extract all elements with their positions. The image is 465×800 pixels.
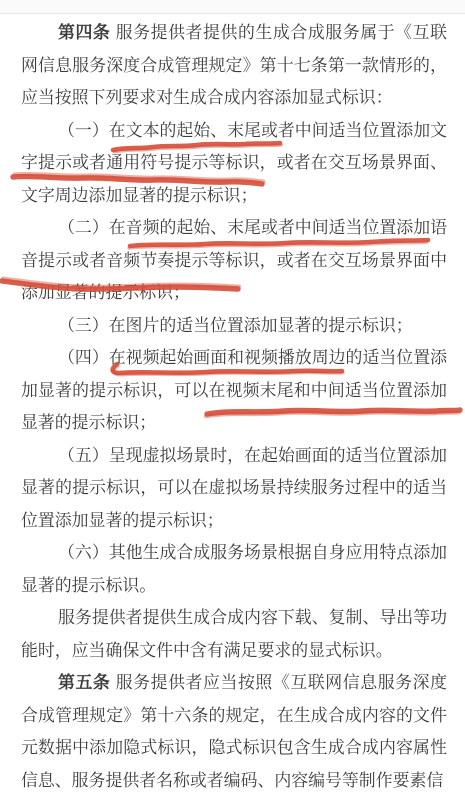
- document-page: 第四条 服务提供者提供的生成合成服务属于《互联网信息服务深度合成管理规定》第十七…: [0, 0, 465, 800]
- paragraph-text: （一）在文本的起始、末尾或者中间适当位置添加文字提示或者通用符号提示等标识，或者…: [21, 121, 447, 205]
- document-text-area[interactable]: 第四条 服务提供者提供的生成合成服务属于《互联网信息服务深度合成管理规定》第十七…: [0, 0, 465, 800]
- para-download-clause: 服务提供者提供生成合成内容下载、复制、导出等功能时，应当确保文件中含有满足要求的…: [21, 602, 447, 667]
- paragraph-text: （六）其他生成合成服务场景根据自身应用特点添加显著的提示标识。: [21, 543, 447, 595]
- para-item-4-video: （四）在视频起始画面和视频播放周边的适当位置添加显著的提示标识，可以在视频末尾和…: [21, 342, 447, 440]
- para-item-2-audio: （二）在音频的起始、末尾或者中间适当位置添加语音提示或者音频节奏提示等标识，或者…: [21, 212, 447, 310]
- para-item-6-other: （六）其他生成合成服务场景根据自身应用特点添加显著的提示标识。: [21, 537, 447, 602]
- para-article-4: 第四条 服务提供者提供的生成合成服务属于《互联网信息服务深度合成管理规定》第十七…: [21, 17, 447, 115]
- paragraph-text: （二）在音频的起始、末尾或者中间适当位置添加语音提示或者音频节奏提示等标识，或者…: [21, 218, 447, 302]
- page-top-edge: [0, 0, 465, 14]
- paragraph-text: （五）呈现虚拟场景时，在起始画面的适当位置添加显著的提示标识，可以在虚拟场景持续…: [21, 446, 447, 530]
- para-item-1-text: （一）在文本的起始、末尾或者中间适当位置添加文字提示或者通用符号提示等标识，或者…: [21, 115, 447, 213]
- paragraph-text: （三）在图片的适当位置添加显著的提示标识；: [58, 316, 413, 335]
- paragraph-text: 服务提供者提供生成合成内容下载、复制、导出等功能时，应当确保文件中含有满足要求的…: [21, 608, 447, 660]
- para-item-3-image: （三）在图片的适当位置添加显著的提示标识；: [21, 310, 447, 343]
- paragraph-text: （四）在视频起始画面和视频播放周边的适当位置添加显著的提示标识，可以在视频末尾和…: [21, 348, 447, 432]
- para-article-5: 第五条 服务提供者应当按照《互联网信息服务深度合成管理规定》第十六条的规定，在生…: [21, 667, 447, 797]
- para-item-5-virtual-scene: （五）呈现虚拟场景时，在起始画面的适当位置添加显著的提示标识，可以在虚拟场景持续…: [21, 440, 447, 538]
- article-5-number: 第五条: [58, 673, 116, 692]
- article-4-number: 第四条: [58, 23, 116, 42]
